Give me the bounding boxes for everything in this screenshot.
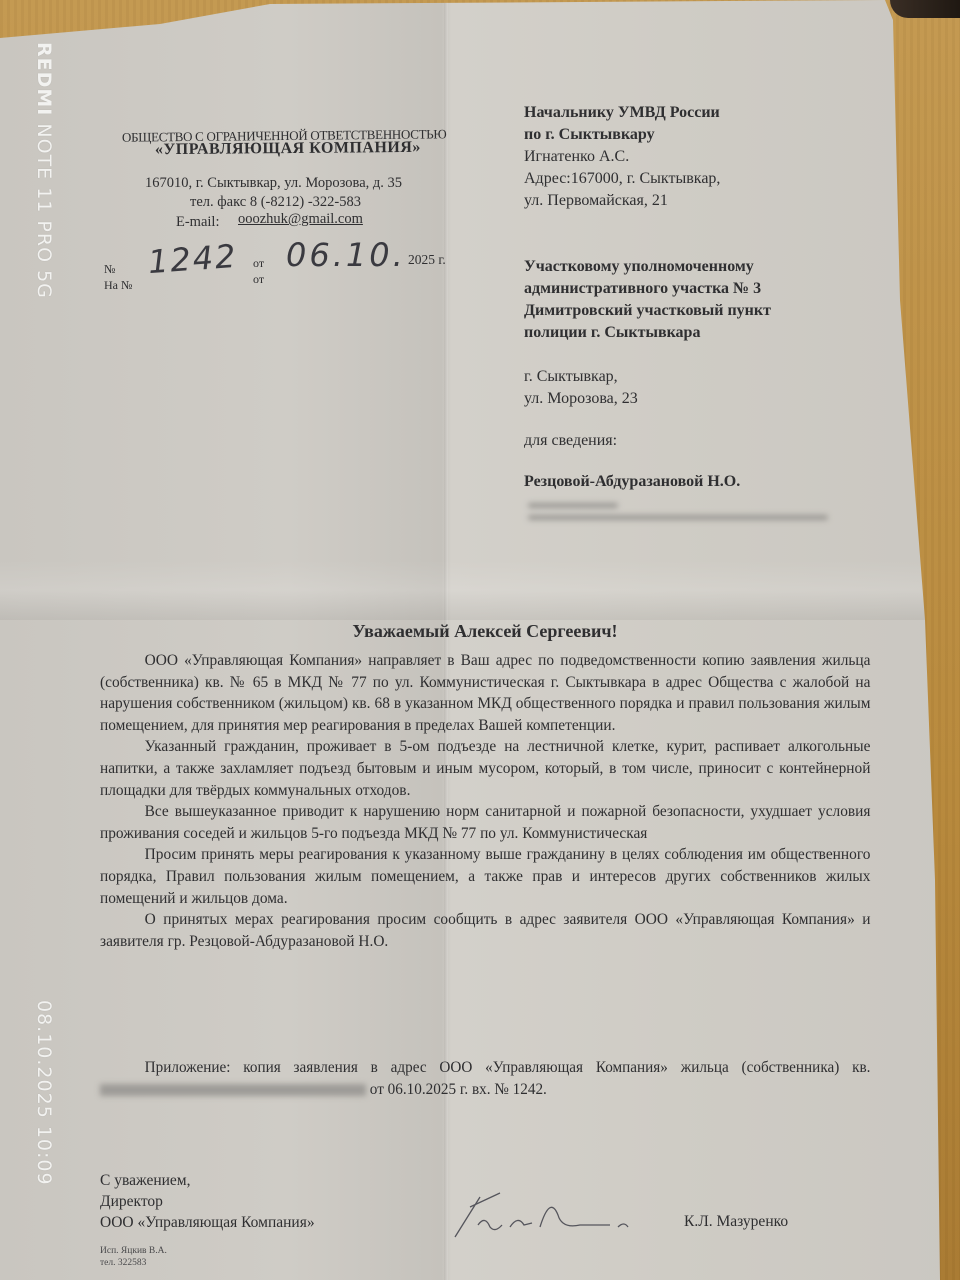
org-email: ooozhuk@gmail.com — [238, 211, 363, 228]
org-name: «УПРАВЛЯЮЩАЯ КОМПАНИЯ» — [155, 139, 421, 159]
recipient-line: по г. Сыктывкару — [524, 124, 720, 146]
camera-watermark-device: REDMI NOTE 11 PRO 5G — [33, 42, 55, 299]
executor-info: Исп. Яцкив В.А. тел. 322583 — [100, 1245, 167, 1269]
registration-year: 2025 г. — [408, 252, 446, 268]
recipient-line: полиции г. Сыктывкара — [524, 322, 771, 344]
paragraph: Все вышеуказанное приводит к нарушению н… — [100, 801, 870, 844]
paragraph: Указанный гражданин, проживает в 5-ом по… — [100, 736, 870, 801]
attachment-text: Приложение: копия заявления в адрес ООО … — [100, 1057, 870, 1100]
recipient-police-address: Адрес:167000, г. Сыктывкар, ул. Первомай… — [524, 168, 720, 212]
redacted-address — [528, 498, 828, 534]
outgoing-number-label: № — [104, 262, 115, 277]
signature-icon — [440, 1185, 670, 1245]
handwritten-date: 06.10. — [286, 236, 406, 274]
paragraph: Просим принять меры реагирования к указа… — [100, 844, 870, 909]
closing-block: С уважением, Директор ООО «Управляющая К… — [100, 1170, 315, 1233]
signer-position: Директор — [100, 1191, 315, 1212]
letter-page: ОБЩЕСТВО С ОГРАНИЧЕННОЙ ОТВЕТСТВЕННОСТЬЮ… — [0, 0, 960, 1280]
reply-date-from-label: от — [253, 272, 264, 287]
executor-name: Исп. Яцкив В.А. — [100, 1245, 167, 1257]
paragraph: О принятых мерах реагирования просим соо… — [100, 909, 870, 952]
reply-to-number-label: На № — [104, 278, 132, 293]
recipient-police-chief: Начальнику УМВД России по г. Сыктывкару … — [524, 102, 720, 168]
for-info-recipient: Резцовой-Абдуразановой Н.О. — [524, 471, 740, 493]
attachment-start: Приложение: копия заявления в адрес ООО … — [145, 1059, 871, 1076]
address-line: ул. Первомайская, 21 — [524, 190, 720, 212]
address-line: г. Сыктывкар, — [524, 366, 638, 388]
recipient-line: Димитровский участковый пункт — [524, 300, 771, 322]
executor-phone: тел. 322583 — [100, 1257, 167, 1269]
recipient-line: Игнатенко А.С. — [524, 146, 720, 168]
date-from-label: от — [253, 256, 264, 271]
for-info-label: для сведения: — [524, 430, 617, 452]
regards: С уважением, — [100, 1170, 315, 1191]
address-line: ул. Морозова, 23 — [524, 388, 638, 410]
background-object — [890, 0, 960, 18]
signer-company: ООО «Управляющая Компания» — [100, 1212, 315, 1233]
salutation: Уважаемый Алексей Сергеевич! — [0, 621, 960, 642]
camera-watermark-datetime: 08.10.2025 10:09 — [33, 1000, 55, 1186]
paragraph: ООО «Управляющая Компания» направляет в … — [100, 650, 870, 736]
address-line: Адрес:167000, г. Сыктывкар, — [524, 168, 720, 190]
org-phone: тел. факс 8 (-8212) -322-583 — [190, 194, 361, 211]
org-address: 167010, г. Сыктывкар, ул. Морозова, д. 3… — [145, 175, 402, 192]
attachment-note: Приложение: копия заявления в адрес ООО … — [100, 1057, 870, 1100]
org-email-label: E-mail: — [176, 214, 220, 231]
redacted-text — [100, 1084, 366, 1096]
signer-name: К.Л. Мазуренко — [684, 1213, 788, 1231]
recipient-line: Начальнику УМВД России — [524, 102, 720, 124]
recipient-line: Участковому уполномоченному — [524, 256, 771, 278]
recipient-line: административного участка № 3 — [524, 278, 771, 300]
attachment-end: от 06.10.2025 г. вх. № 1242. — [370, 1081, 547, 1098]
handwritten-number: 1242 — [147, 237, 239, 281]
recipient-officer-address: г. Сыктывкар, ул. Морозова, 23 — [524, 366, 638, 410]
recipient-district-officer: Участковому уполномоченному администрати… — [524, 256, 771, 344]
letter-body: ООО «Управляющая Компания» направляет в … — [100, 650, 870, 952]
